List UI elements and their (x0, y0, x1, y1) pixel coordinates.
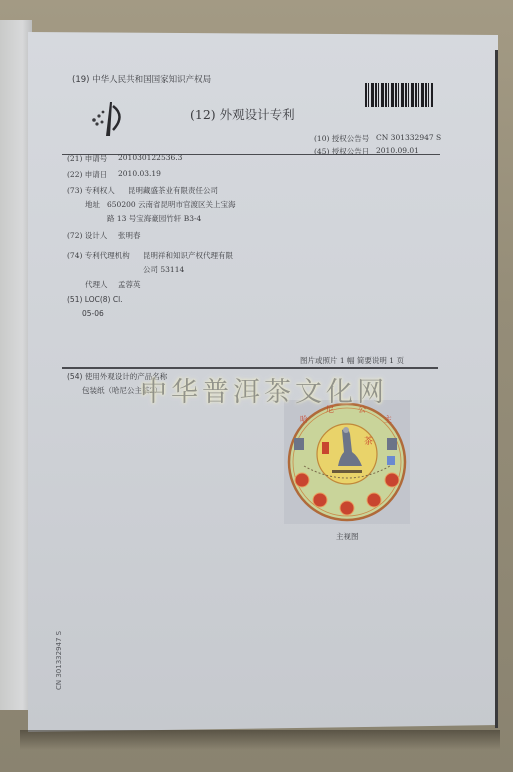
address-line-1: 650200 云南省昆明市官渡区关上宝海 (107, 199, 236, 210)
page-shadow (20, 730, 500, 750)
sipo-logo-icon (88, 98, 128, 138)
agency-line-2: 公司 53114 (143, 264, 184, 275)
application-number: 201030122536.3 (118, 153, 182, 162)
page-edge (495, 50, 498, 728)
section-rule (62, 367, 438, 369)
grant-date-label: (45) 授权公告日 (314, 146, 369, 157)
agent-label: 代理人 (85, 279, 108, 290)
document-type-title: (12) 外观设计专利 (190, 105, 295, 123)
loc-classification-value: 05-06 (82, 309, 104, 318)
designer-label: (72) 设计人 (67, 230, 107, 241)
figure-caption: 主视图 (336, 531, 359, 542)
svg-text:主: 主 (384, 414, 392, 424)
website-watermark: 中华普洱茶文化网 (140, 370, 388, 409)
grant-number: CN 301332947 S (376, 133, 441, 142)
application-date-label: (22) 申请日 (67, 169, 107, 180)
agency-label: (74) 专利代理机构 (67, 250, 130, 261)
barcode (365, 83, 433, 107)
issuing-office: (19) 中华人民共和国国家知识产权局 (72, 73, 211, 85)
tea-wrapper-design-icon: 茶 哈 尼 公 主 (284, 400, 410, 524)
application-date: 2010.03.19 (118, 169, 161, 178)
design-figure: 茶 哈 尼 公 主 (284, 400, 410, 524)
patentee: 昆明藏盛茶业有限责任公司 (128, 185, 218, 196)
agency-line-1: 昆明祥和知识产权代理有限 (143, 250, 233, 261)
loc-classification-label: (51) LOC(8) Cl. (67, 295, 123, 304)
address-line-2: 路 13 号宝海豪园竹轩 B3-4 (107, 213, 201, 224)
svg-text:哈: 哈 (300, 414, 308, 424)
designer: 张明春 (118, 230, 141, 241)
svg-text:茶: 茶 (364, 435, 373, 447)
application-number-label: (21) 申请号 (67, 153, 107, 164)
side-publication-number: CN 301332947 S (55, 631, 63, 690)
address-label: 地址 (85, 199, 100, 210)
summary-counts: 图片或照片 1 幅 简要说明 1 页 (300, 355, 404, 366)
adjacent-page (0, 20, 32, 710)
agent: 孟蓉英 (118, 279, 141, 290)
grant-number-label: (10) 授权公告号 (314, 133, 369, 144)
patentee-label: (73) 专利权人 (67, 185, 115, 196)
